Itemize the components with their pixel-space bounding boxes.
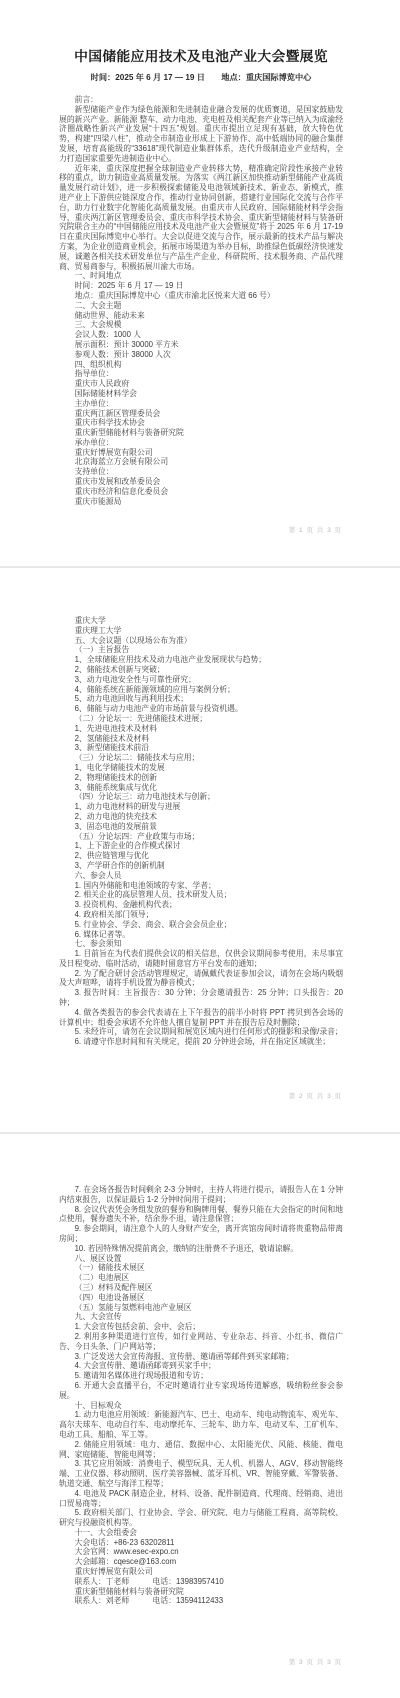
doc-line: （五）氢能与氢燃料电池产业展区: [59, 1303, 343, 1313]
doc-line: 4. 大会宣传册、邀请函邮寄到买家手中；: [59, 1361, 343, 1371]
doc-line: 六、参会人员: [59, 871, 343, 881]
page-number-footer: 第 2 页 共 3 页: [289, 1093, 342, 1100]
doc-line: 重庆市能源局: [59, 497, 343, 507]
doc-line: 2. 为了配合研讨会活动管理规定，请佩戴代表证参加会议，请勿在会场内吸烟及大声喧…: [59, 969, 343, 989]
doc-line: 重庆大学: [59, 616, 343, 626]
doc-line: 2. 利用多种渠道进行宣传，如行业网站、专业杂志、抖音、小红书、微信广告、今日头…: [59, 1332, 343, 1352]
doc-line: 重庆好博展览有限公司: [59, 448, 343, 458]
page-1-content: 中国储能应用技术及电池产业大会暨展览时间：2025 年 6 月 17 — 19 …: [0, 0, 400, 506]
doc-line: 一、时间地点: [59, 271, 343, 281]
doc-line: 6. 请遵守作息时间和有关规定，提前 20 分钟进会场，并在指定区域就坐；: [59, 1037, 343, 1047]
doc-line: 6、储能与动力电池产业的市场前景与投资机遇。: [59, 704, 343, 714]
doc-line: 7. 在会场各报告时间剩余 2-3 分钟时，主持人将进行提示，请报告人在 1 分…: [59, 1185, 343, 1205]
doc-line: （三）分论坛二：储能技术与应用；: [59, 753, 343, 763]
doc-line: 4、储能系统在新能源领域的应用与案例分析；: [59, 685, 343, 695]
page-number-footer: 第 3 页 共 3 页: [289, 1659, 342, 1666]
doc-line: 储动世界、能动未来: [59, 311, 343, 321]
doc-line: 大会官网：www.esec-expo.cn: [59, 1547, 343, 1557]
doc-line: 十一、大会组委会: [59, 1528, 343, 1538]
doc-line: 1. 国内外储能和电池领域的专家、学者；: [59, 881, 343, 891]
doc-line: 大会电话：+86-23 63202811: [59, 1538, 343, 1548]
doc-line: 四、组织机构: [59, 360, 343, 370]
doc-line: 重庆市经济和信息化委员会: [59, 487, 343, 497]
doc-line: 大会邮箱：cqesce@163.com: [59, 1557, 343, 1567]
doc-line: 近年来，重庆深度把握全球制造业产业转移大势，精准确定阶段性承接产业转移的重点，助…: [59, 164, 343, 272]
doc-line: 联系人：丁老师 电话：13983957410: [59, 1577, 343, 1587]
doc-line: 新型储能产业作为绿色能源和先进制造业融合发展的优质赛道，是国家鼓励发展的新兴产业…: [59, 105, 343, 164]
doc-line: 3. 投资机构、金融机构代表；: [59, 900, 343, 910]
doc-line: 4. 电池及 PACK 制造企业，材料、设备、配件制造商、代理商、经销商、进出口…: [59, 1489, 343, 1509]
doc-line: 重庆好博展览有限公司: [59, 1567, 343, 1577]
doc-line: 1、电化学储能技术的发展: [59, 763, 343, 773]
doc-line: 2、动力电池的快充技术: [59, 812, 343, 822]
doc-line: 八、展区设置: [59, 1254, 343, 1264]
doc-line: 6. 开通大会直播平台，不定时邀请行业专家现场传道解惑，吸纳粉丝参会参展。: [59, 1381, 343, 1401]
doc-line: 国际储能材料学会: [59, 389, 343, 399]
doc-line: 重庆新型储能材料与装备研究院: [59, 1587, 343, 1597]
doc-line: 1、上下游企业的合作模式探讨: [59, 841, 343, 851]
doc-line: 联系人：刘老师 电话：13594112433: [59, 1596, 343, 1606]
doc-line: 承办单位：: [59, 438, 343, 448]
doc-line: 3. 其它应用领域：消费电子、模型玩具、无人机、机器人、AGV、移动智能终端、工…: [59, 1459, 343, 1488]
doc-line: 2. 储能应用领域：电力、通信、数据中心、太阳能光伏、风能、核能、微电网、家庭储…: [59, 1440, 343, 1460]
doc-line: 2、供应链管理与优化: [59, 851, 343, 861]
doc-line: 时间：2025 年 6 月 17 — 19 日: [59, 281, 343, 291]
doc-line: 重庆新型储能材料与装备研究院: [59, 428, 343, 438]
doc-line: 地点：重庆国际博览中心（重庆市渝北区悦来大道 66 号）: [59, 291, 343, 301]
doc-line: 三、大会规模: [59, 320, 343, 330]
doc-line: 5. 未经许可，请勿在会议期间和展览区域内进行任何形式的摄影和录像/录音；: [59, 1027, 343, 1037]
doc-line: 8. 会议代表凭会务组发放的餐券和胸牌用餐，餐券只能在大会指定的时间和地点使用，…: [59, 1205, 343, 1225]
page-1: 中国储能应用技术及电池产业大会暨展览时间：2025 年 6 月 17 — 19 …: [0, 0, 400, 566]
doc-line: 5. 行业协会、学会、商会、联合会会员企业；: [59, 920, 343, 930]
doc-line: 参观人数：预计 38000 人次: [59, 350, 343, 360]
doc-line: 10. 若因特殊情况提前离会，缴纳的注册费不予退还，敬请谅解。: [59, 1244, 343, 1254]
doc-line: 重庆两江新区管理委员会: [59, 409, 343, 419]
doc-line: 6. 媒体记者等。: [59, 930, 343, 940]
document-viewer: 中国储能应用技术及电池产业大会暨展览时间：2025 年 6 月 17 — 19 …: [0, 0, 400, 1698]
doc-line: （一）储能技术展区: [59, 1263, 343, 1273]
doc-line: 北京海蓝立方会展有限公司: [59, 457, 343, 467]
doc-line: 展示面积：预计 30000 平方米: [59, 340, 343, 350]
doc-line: 1. 动力电池应用领域：新能源汽车、巴士、电动车、纯电动物流车、观光车、高尔夫球…: [59, 1410, 343, 1439]
doc-line: 5、动力电池回收与再利用技术；: [59, 694, 343, 704]
doc-line: 十、目标观众: [59, 1401, 343, 1411]
doc-line: 1. 大会宣传包括会前、会中、会后；: [59, 1322, 343, 1332]
doc-line: 3. 广泛发送大会宣传海报、宣传册、邀请函等邮件到买家邮箱；: [59, 1352, 343, 1362]
doc-line: 2、氢储能技术及材料: [59, 734, 343, 744]
doc-line: 4. 政府相关部门领导；: [59, 910, 343, 920]
doc-line: 3、储能系统集成与优化: [59, 783, 343, 793]
doc-line: 七、参会须知: [59, 939, 343, 949]
doc-line: 二、大会主题: [59, 301, 343, 311]
doc-line: 五、大会议题（以现场公布为准）: [59, 636, 343, 646]
page-3: 7. 在会场各报告时间剩余 2-3 分钟时，主持人将进行提示，请报告人在 1 分…: [0, 1132, 400, 1698]
doc-line: （四）电池设备展区: [59, 1293, 343, 1303]
doc-line: （二）分论坛一：先进储能技术进展；: [59, 714, 343, 724]
doc-line: 支持单位：: [59, 467, 343, 477]
doc-line: 指导单位：: [59, 369, 343, 379]
page-2: 重庆大学重庆理工大学五、大会议题（以现场公布为准）（一）主旨报告1、全球储能应用…: [0, 566, 400, 1132]
doc-line: 5. 邀请知名媒体进行现场报道和专访；: [59, 1371, 343, 1381]
doc-line: 1、全球储能应用技术及动力电池产业发展现状与趋势；: [59, 655, 343, 665]
doc-line: 2、储能技术创新与突破；: [59, 665, 343, 675]
doc-line: （二）电池展区: [59, 1273, 343, 1283]
doc-line: 1. 目前旨在为代表们提供会议的相关信息，仅供会议期间参考使用，未尽事宜及日程变…: [59, 949, 343, 969]
page-number-footer: 第 1 页 共 3 页: [289, 527, 342, 534]
doc-line: 3、固态电池的发展前景: [59, 822, 343, 832]
doc-line: 主办单位：: [59, 399, 343, 409]
doc-subtitle: 时间：2025 年 6 月 17 — 19 日 地点：重庆国际博览中心: [59, 72, 343, 83]
doc-line: 3. 报告时间：主旨报告：30 分钟；分会邀请报告：25 分钟；口头报告：20 …: [59, 988, 343, 1008]
doc-line: 重庆市发展和改革委员会: [59, 477, 343, 487]
doc-line: 九、大会宣传: [59, 1312, 343, 1322]
doc-line: （三）材料及配件展区: [59, 1283, 343, 1293]
doc-line: 重庆市人民政府: [59, 379, 343, 389]
doc-line: 重庆理工大学: [59, 626, 343, 636]
doc-line: （四）分论坛三：动力电池技术与创新；: [59, 792, 343, 802]
doc-line: 3、动力电池安全性与可靠性研究；: [59, 675, 343, 685]
doc-line: 会议人数：1000 人: [59, 330, 343, 340]
doc-line: 前言：: [59, 95, 343, 105]
doc-line: 3、新型储能技术前沿: [59, 743, 343, 753]
doc-line: 1、先进电池技术及材料: [59, 724, 343, 734]
doc-line: （一）主旨报告: [59, 645, 343, 655]
doc-line: 2、物理储能技术的创新: [59, 773, 343, 783]
doc-line: 9. 参会期间，请注意个人的人身财产安全，离开宾馆房间时请将贵重物品带离房间；: [59, 1224, 343, 1244]
doc-line: 2. 相关企业的高层管理人员、技术研发人员；: [59, 890, 343, 900]
doc-line: 3、产学研合作的创新机制: [59, 861, 343, 871]
doc-title: 中国储能应用技术及电池产业大会暨展览: [59, 48, 343, 65]
doc-line: 1、动力电池材料的研发与进展: [59, 802, 343, 812]
doc-line: 5. 政府相关部门、行业协会、学会、研究院、电力与储能工程商、高等院校、研究与投…: [59, 1508, 343, 1528]
doc-line: 重庆市科学技术协会: [59, 418, 343, 428]
doc-line: （五）分论坛四：产业政策与市场；: [59, 832, 343, 842]
page-3-content: 7. 在会场各报告时间剩余 2-3 分钟时，主持人将进行提示，请报告人在 1 分…: [0, 1134, 400, 1606]
page-2-content: 重庆大学重庆理工大学五、大会议题（以现场公布为准）（一）主旨报告1、全球储能应用…: [0, 568, 400, 1047]
doc-line: 4. 做各类报告的参会代表请在上下午报告的前半小时将 PPT 拷贝到各会场的计算…: [59, 1008, 343, 1028]
